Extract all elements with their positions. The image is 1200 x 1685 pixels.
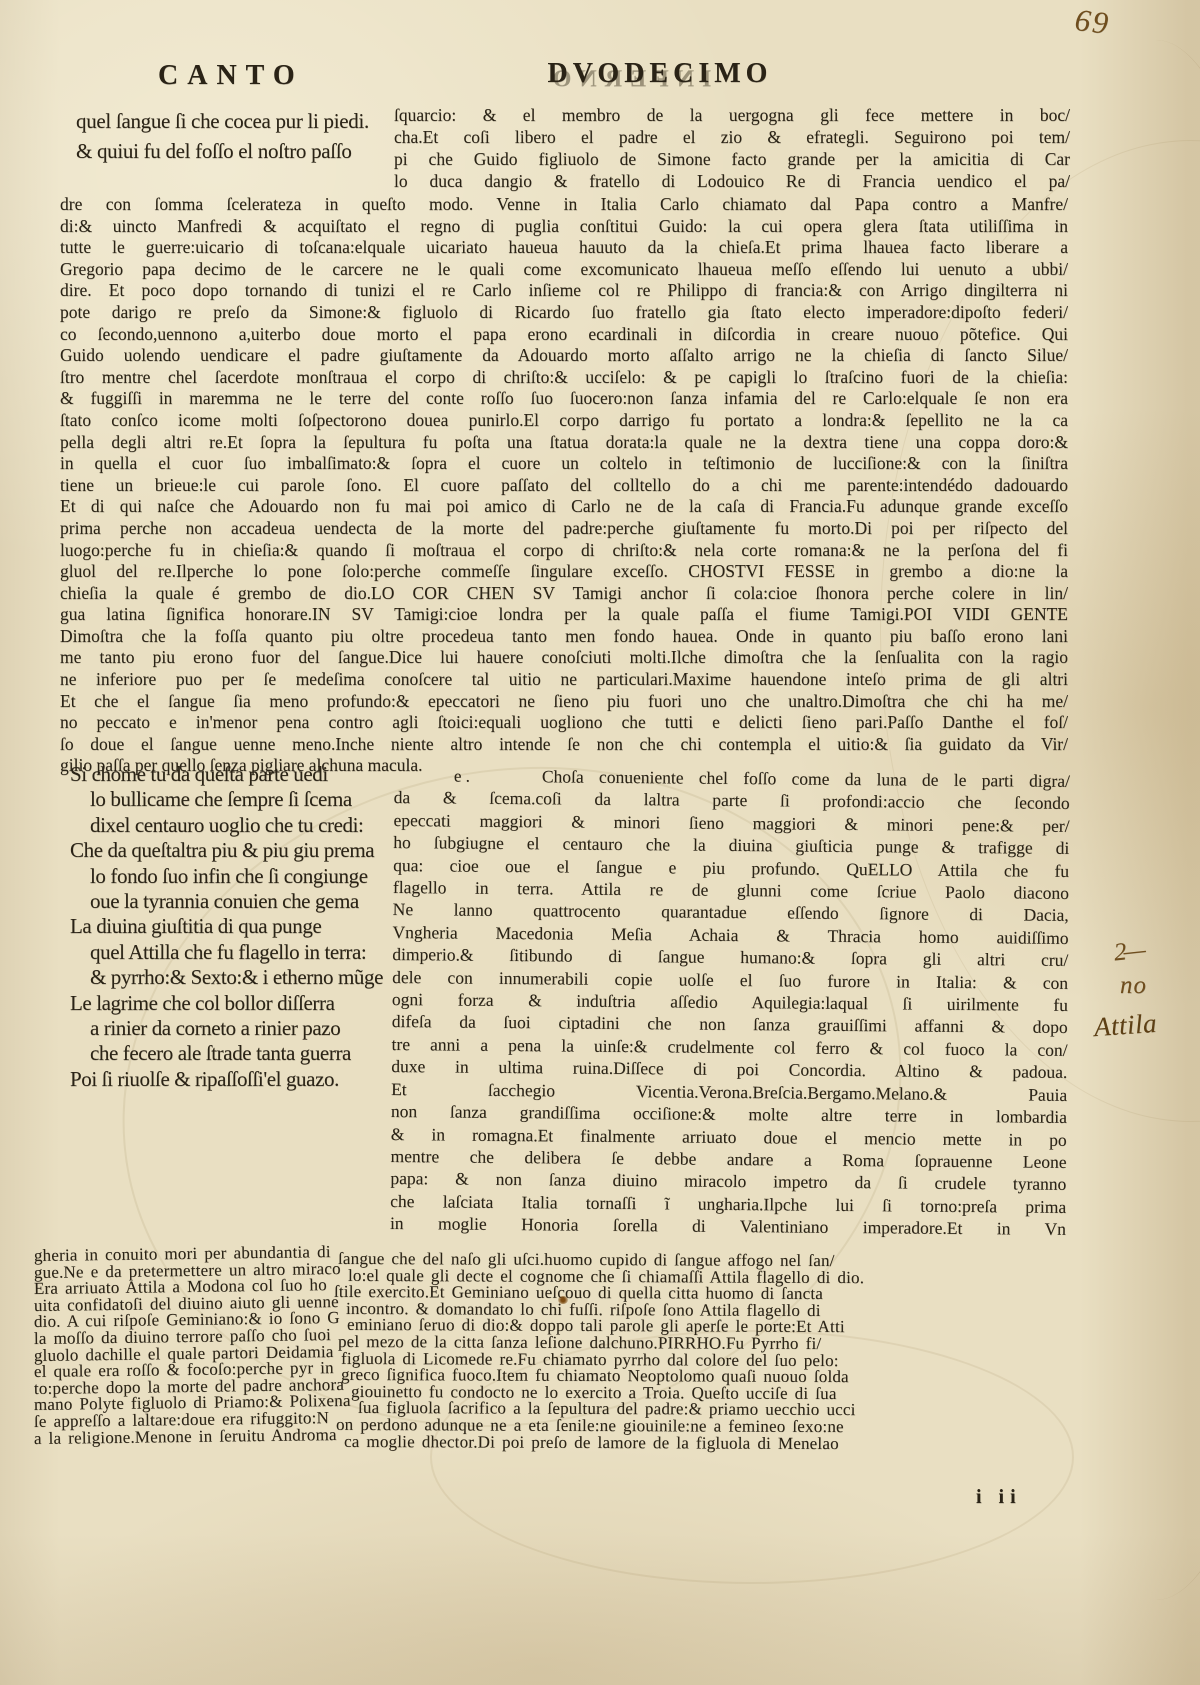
running-header-canto: CANTO	[158, 60, 304, 92]
text-line-left: a la religione.Menone in ſeruitu Androma	[34, 1427, 337, 1448]
commentary-top-right: ſquarcio: & el membro de la uergogna gli…	[394, 104, 1070, 192]
text-line: no peccato e in'menor pena contro agli ſ…	[60, 712, 1068, 734]
text-line: dre con ſomma ſcelerateza in queſto modo…	[60, 194, 1068, 216]
text-line: in moglie Honoria ſorella di Valentinian…	[390, 1212, 1066, 1240]
text-line: pote darigo re preſo da Simone:& figluol…	[60, 302, 1068, 324]
verse-line: dixel centauro uoglio che tu credi:	[70, 813, 383, 838]
commentary-right-column: e . Choſa conueniente chel foſſo come da…	[390, 764, 1070, 1240]
verse-line: & pyrrho:& Sexto:& i etherno mũge	[70, 965, 383, 990]
text-line: tiene un brieue:le cui parole ſono. El c…	[60, 475, 1068, 497]
text-line: pella degli altri re.Et ſopra la ſepultu…	[60, 432, 1068, 454]
text-line: & fuggiſſi in maremma ne le terre del co…	[60, 388, 1068, 410]
text-line-right: ca moglie dhector.Di poi preſo de lamore…	[344, 1433, 839, 1452]
verse-column-poem: Si chome tu da queſta parte uedi lo bull…	[70, 762, 383, 1092]
verse-line: Si chome tu da queſta parte uedi	[70, 762, 383, 787]
signature-mark: i ii	[976, 1486, 1022, 1509]
text-line: ſquarcio: & el membro de la uergogna gli…	[394, 104, 1070, 126]
folio-number: 69	[1073, 2, 1112, 42]
manuscript-page: 69 INFERNO CANTO DVODECIMO quel ſangue ſ…	[0, 0, 1200, 1685]
text-line: Guido uolendo uendicare el padre giuſtam…	[60, 345, 1068, 367]
text-line: lo duca dangio & fratello di Lodouico Re…	[394, 170, 1070, 192]
text-line: chieſia la quale é grembo de dio.LO COR …	[60, 583, 1068, 605]
text-line: Dimoſtra che la foſſa quanto piu oltre p…	[60, 626, 1068, 648]
text-line: prima perche non accadeua uendecta de la…	[60, 518, 1068, 540]
verse-line: lo bullicame che ſempre ſi ſcema	[70, 787, 383, 812]
text-line: gua latina ſignifica honorare.IN SV Tami…	[60, 604, 1068, 626]
verse-line: lo fondo ſuo infin che ſi congiunge	[70, 864, 383, 889]
marginalia-note-no: no	[1120, 972, 1147, 1000]
verse-line: Che da queſtaltra piu & piu giu prema	[70, 838, 383, 863]
text-line: ſtato conſco icome molti ſoſpectorono do…	[60, 410, 1068, 432]
text-line: ſtro mentre chel ſacerdote monſtraua el …	[60, 367, 1068, 389]
verse-column-top: quel ſangue ſi che cocea pur li piedi. &…	[76, 106, 369, 166]
paragraph-mark: e .	[454, 766, 470, 789]
text-line: pi che Guido figliuolo de Simone facto g…	[394, 148, 1070, 170]
text-line: dire. Et poco dopo tornando di tunizi el…	[60, 280, 1068, 302]
text-line: di:& uincto Manfredi & acquiſtato el reg…	[60, 216, 1068, 238]
verse-line: quel ſangue ſi che cocea pur li piedi.	[76, 106, 369, 136]
running-header-duodecimo: DVODECIMO	[500, 58, 820, 90]
text-line: tutte le guerre:uicario di toſcana:elqua…	[60, 237, 1068, 259]
text-line: Gregorio papa decimo de le carcere ne le…	[60, 259, 1068, 281]
commentary-bottom-block: gheria in conuito mori per abundantia di…	[34, 1248, 1184, 1447]
text-line: me tanto piu erono fuor del ſangue.Dice …	[60, 647, 1068, 669]
commentary-main-block: dre con ſomma ſcelerateza in queſto modo…	[60, 194, 1068, 777]
verse-line: La diuina giuſtitia di qua punge	[70, 914, 383, 939]
text-line: co ſecondo,uennono a,uiterbo doue morto …	[60, 324, 1068, 346]
verse-line: Le lagrime che col bollor diſſerra	[70, 991, 383, 1016]
verse-line: quel Attilla che fu flagello in terra:	[70, 940, 383, 965]
text-line: Et di qui naſce che Adouardo non fu mai …	[60, 496, 1068, 518]
text-line: in quella el cuor ſuo imbalſimato:& ſopr…	[60, 453, 1068, 475]
text-line: Et che el ſangue ſia meno profundo:& epe…	[60, 691, 1068, 713]
verse-line: Poi ſi riuolſe & ripaſſoſſi'el guazo.	[70, 1067, 383, 1092]
marginalia-note-attila: Attila	[1093, 1008, 1158, 1043]
text-line: luogo:perche fu in chieſia:& quando ſi m…	[60, 540, 1068, 562]
text-line: ſo doue el ſangue uenne meno.Inche nient…	[60, 734, 1068, 756]
marginalia-squiggle: 2—	[1113, 937, 1145, 968]
text-line: gluol del re.Ilperche lo pone ſolo:perch…	[60, 561, 1068, 583]
text-line: a la religione.Menone in ſeruitu Androma…	[34, 1431, 1184, 1448]
text-line: cha.Et coſi libero el padre el zio & efr…	[394, 126, 1070, 148]
ink-blot	[558, 1296, 568, 1304]
verse-line: che fecero ale ſtrade tanta guerra	[70, 1041, 383, 1066]
verse-line: & quiui fu del foſſo el noſtro paſſo	[76, 136, 369, 166]
verse-line: oue la tyrannia conuien che gema	[70, 889, 383, 914]
verse-line: a rinier da corneto a rinier pazo	[70, 1016, 383, 1041]
text-line: ne inferiore puo per ſe medeſima conoſce…	[60, 669, 1068, 691]
